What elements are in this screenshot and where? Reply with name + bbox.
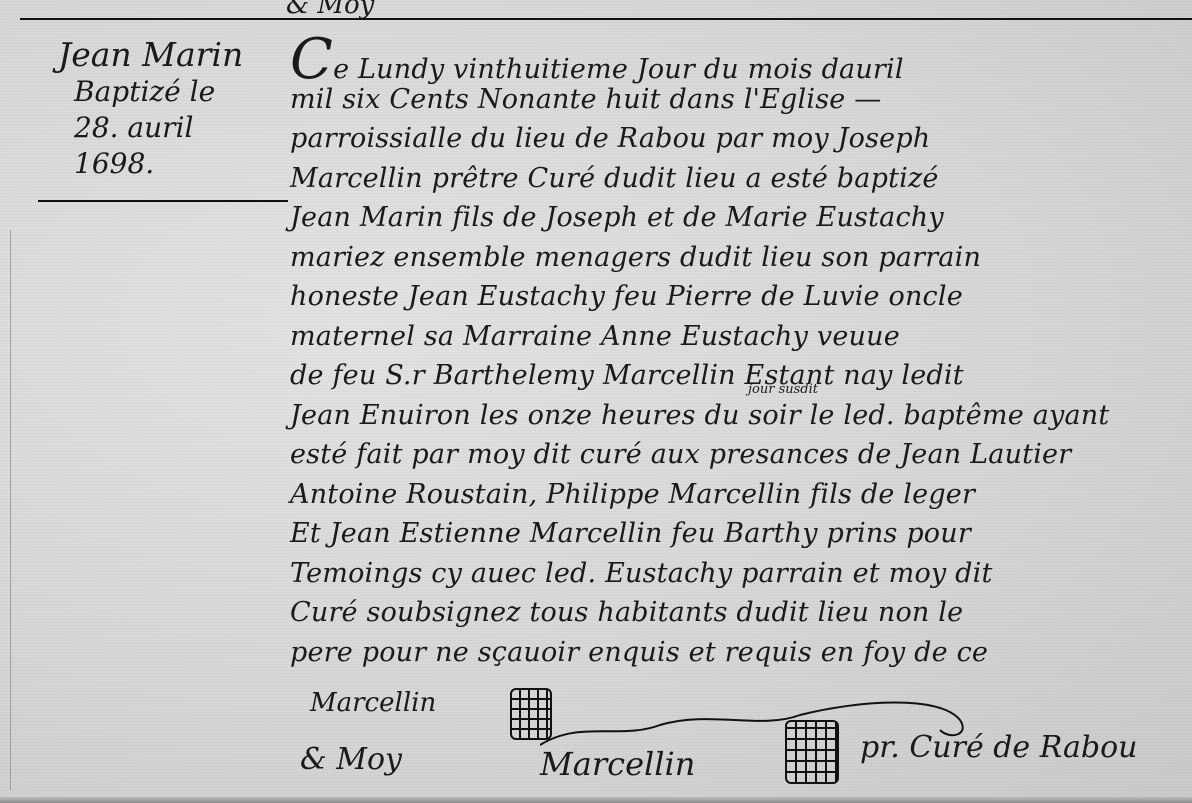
body-line: pere pour ne sçauoir enquis et requis en… bbox=[290, 633, 1190, 673]
margin-note-date: 28. auril bbox=[58, 110, 288, 146]
margin-note: Jean Marin Baptizé le 28. auril 1698. bbox=[58, 36, 288, 182]
margin-note-rule bbox=[38, 200, 288, 202]
signature-title: pr. Curé de Rabou bbox=[860, 730, 1137, 765]
margin-note-line: Baptizé le bbox=[58, 74, 288, 110]
entry-body: Ce Lundy vinthuitieme Jour du mois dauri… bbox=[290, 40, 1190, 672]
body-line: Et Jean Estienne Marcellin feu Barthy pr… bbox=[290, 514, 1190, 554]
signature-witness: Marcellin bbox=[310, 688, 436, 718]
signature-priest: Marcellin bbox=[540, 745, 695, 783]
register-page: & Moy Jean Marin Baptizé le 28. auril 16… bbox=[0, 0, 1192, 803]
body-line: mariez ensemble menagers dudit lieu son … bbox=[290, 238, 1190, 278]
margin-note-year: 1698. bbox=[58, 146, 288, 182]
body-line: honeste Jean Eustachy feu Pierre de Luvi… bbox=[290, 277, 1190, 317]
body-line: mil six Cents Nonante huit dans l'Eglise… bbox=[290, 80, 1190, 120]
signature-paraph-icon bbox=[510, 688, 552, 740]
previous-entry-tail: & Moy bbox=[286, 0, 374, 20]
body-line: Curé soubsignez tous habitants dudit lie… bbox=[290, 593, 1190, 633]
body-line: parroissialle du lieu de Rabou par moy J… bbox=[290, 119, 1190, 159]
body-line: Marcellin prêtre Curé dudit lieu a esté … bbox=[290, 159, 1190, 199]
body-line: Temoings cy auec led. Eustachy parrain e… bbox=[290, 554, 1190, 594]
margin-note-name: Jean Marin bbox=[58, 36, 288, 74]
body-line: Antoine Roustain, Philippe Marcellin fil… bbox=[290, 475, 1190, 515]
body-line: Jean Marin fils de Joseph et de Marie Eu… bbox=[290, 198, 1190, 238]
page-edge bbox=[10, 230, 11, 790]
body-line: de feu S.r Barthelemy Marcellin Estant n… bbox=[290, 356, 1190, 396]
page-bottom-edge bbox=[0, 797, 1192, 803]
signature-prefix: & Moy bbox=[300, 742, 402, 777]
body-line: maternel sa Marraine Anne Eustachy veuue bbox=[290, 317, 1190, 357]
body-line: Ce Lundy vinthuitieme Jour du mois dauri… bbox=[290, 40, 1190, 80]
signature-paraph-icon bbox=[785, 720, 839, 784]
interlinear-insertion: jour susdit bbox=[748, 382, 818, 397]
body-line: Jean Enuiron les onze heures du soir le … bbox=[290, 396, 1190, 436]
body-line: esté fait par moy dit curé aux presances… bbox=[290, 435, 1190, 475]
entry-separator-rule bbox=[20, 18, 1192, 20]
